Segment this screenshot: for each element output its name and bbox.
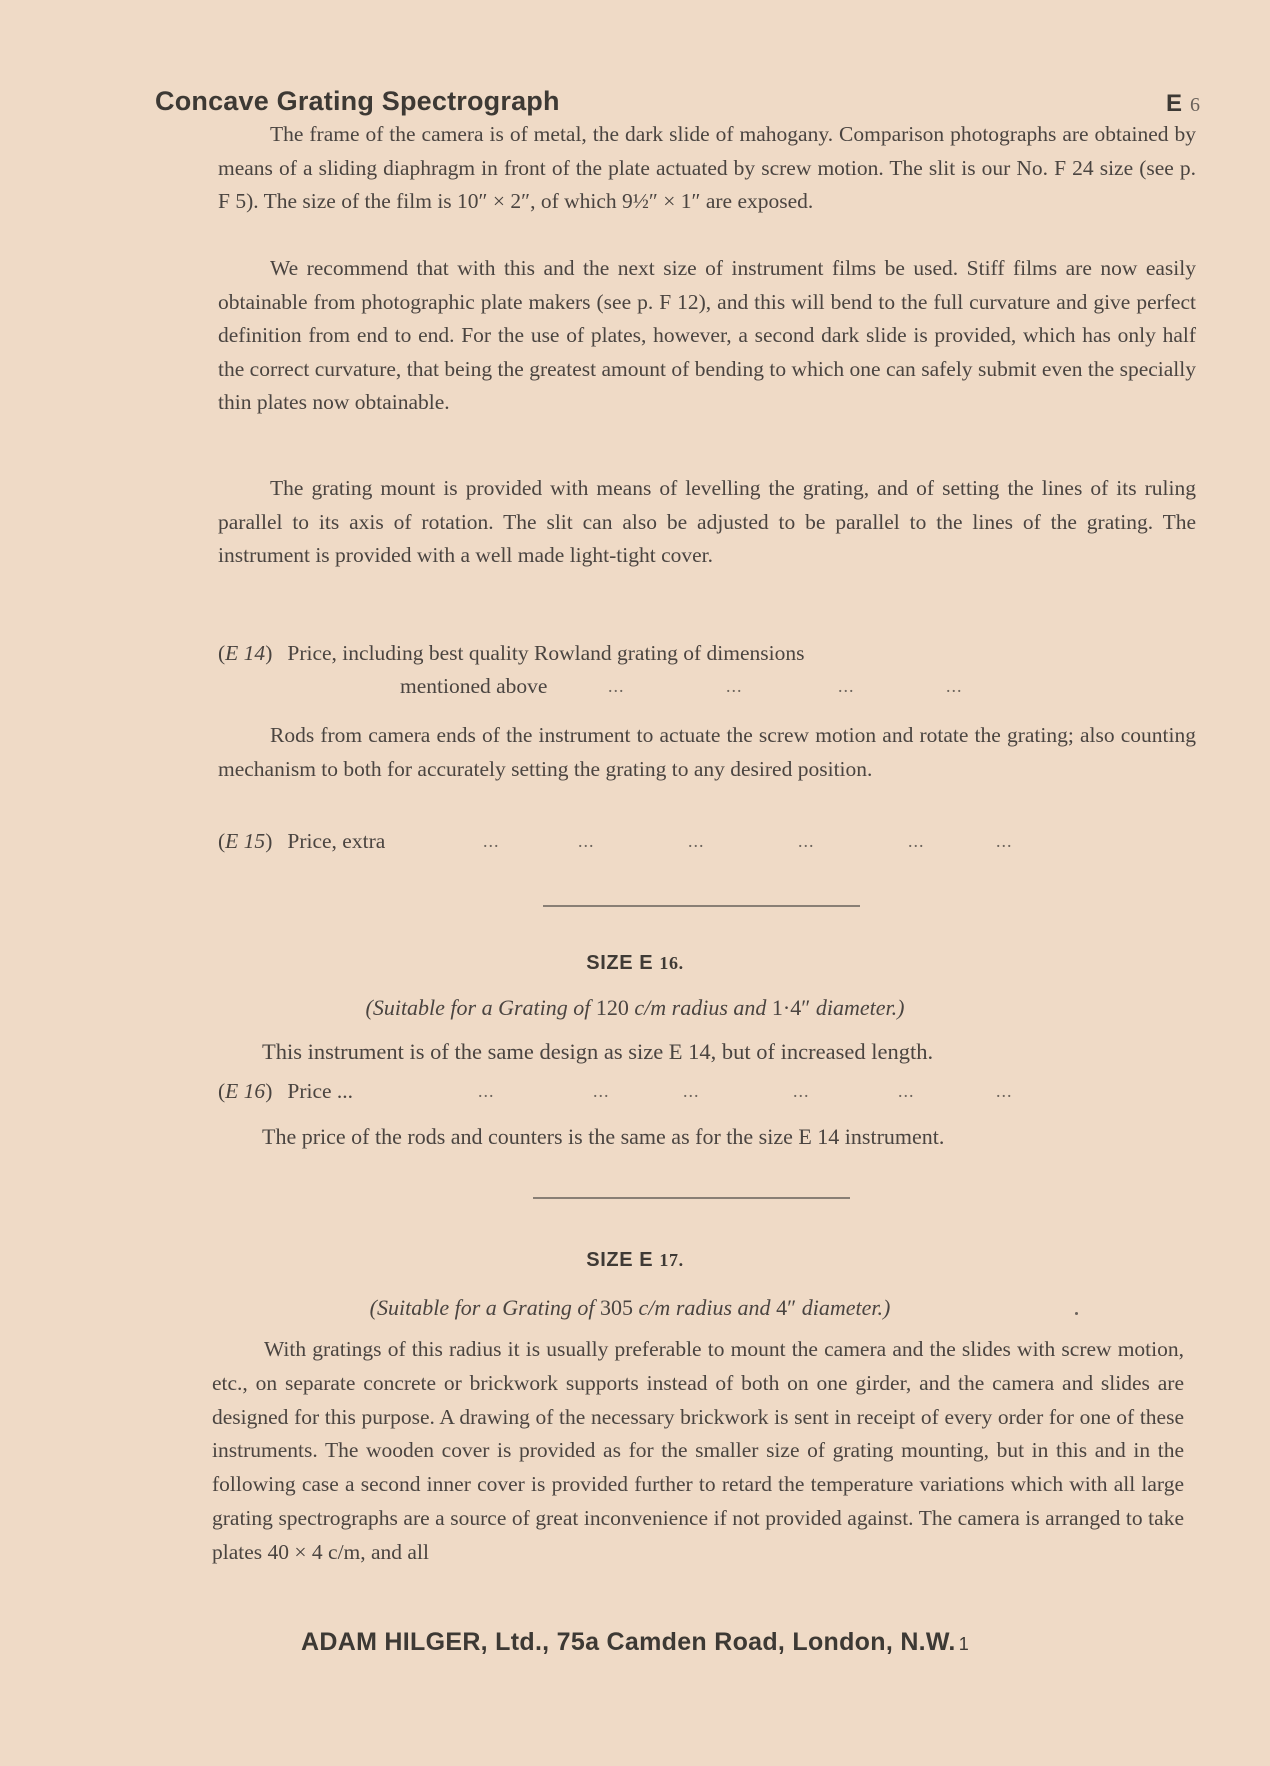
grating-specification-e17: (Suitable for a Grating of 305 c/m radiu… (0, 1295, 1265, 1321)
page-number: E6 (1166, 90, 1200, 118)
leader-dots: ... (798, 825, 815, 858)
leader-dots: ... (608, 670, 625, 703)
price-description: Price, including best quality Rowland gr… (287, 641, 804, 665)
paragraph-camera-frame: The frame of the camera is of metal, the… (218, 118, 1196, 219)
price-entry-e16: (E 16) Price ... ... ... ... ... ... ... (218, 1075, 1048, 1108)
leader-dots: ... (908, 825, 925, 858)
leader-dots: ... (838, 670, 855, 703)
leader-dots: ... (688, 825, 705, 858)
leader-dots: ... (683, 1075, 700, 1108)
publisher-address: ADAM HILGER, Ltd., 75a Camden Road, Lond… (301, 1628, 956, 1656)
section-heading-e17: SIZE E 17. (0, 1249, 1270, 1272)
price-description-continued: mentioned above (400, 670, 547, 703)
paragraph-films-recommendation: We recommend that with this and the next… (218, 252, 1196, 420)
paragraph-rods: Rods from camera ends of the instrument … (218, 719, 1196, 786)
grating-specification-e16: (Suitable for a Grating of 120 c/m radiu… (0, 995, 1270, 1021)
note-e16-rods-counters: The price of the rods and counters is th… (262, 1120, 1202, 1154)
leader-dots: ... (996, 825, 1013, 858)
paragraph-e17-mounting: With gratings of this radius it is usual… (212, 1333, 1184, 1570)
price-description: Price ... (287, 1079, 353, 1103)
leader-dots: ... (996, 1075, 1013, 1108)
folio-section-letter: E (1166, 90, 1182, 117)
item-code: (E 15) (218, 825, 282, 858)
leader-dots: ... (478, 1075, 495, 1108)
price-entry-e14: (E 14) Price, including best quality Row… (218, 637, 1048, 670)
description-e16: This instrument is of the same design as… (262, 1035, 1202, 1069)
section-heading-e16: SIZE E 16. (0, 952, 1270, 975)
paragraph-grating-mount: The grating mount is provided with means… (218, 472, 1196, 573)
leader-dots: ... (483, 825, 500, 858)
price-entry-e15: (E 15) Price, extra ... ... ... ... ... … (218, 825, 1048, 858)
running-head: Concave Grating Spectrograph E6 (155, 86, 1200, 122)
leader-dots: ... (898, 1075, 915, 1108)
section-divider (543, 905, 860, 907)
postal-district: 1 (959, 1634, 969, 1654)
leader-dots: ... (946, 670, 963, 703)
price-description: Price, extra (287, 829, 385, 853)
print-speck (1075, 1312, 1078, 1315)
section-divider (533, 1197, 850, 1199)
leader-dots: ... (578, 825, 595, 858)
catalogue-page: Concave Grating Spectrograph E6 The fram… (0, 0, 1270, 1766)
leader-dots: ... (593, 1075, 610, 1108)
folio-number: 6 (1190, 94, 1200, 116)
publisher-footer: ADAM HILGER, Ltd., 75a Camden Road, Lond… (0, 1628, 1270, 1657)
item-code: (E 16) (218, 1075, 282, 1108)
leader-dots: ... (726, 670, 743, 703)
page-title: Concave Grating Spectrograph (155, 86, 560, 117)
leader-dots: ... (793, 1075, 810, 1108)
item-code: (E 14) (218, 637, 282, 670)
